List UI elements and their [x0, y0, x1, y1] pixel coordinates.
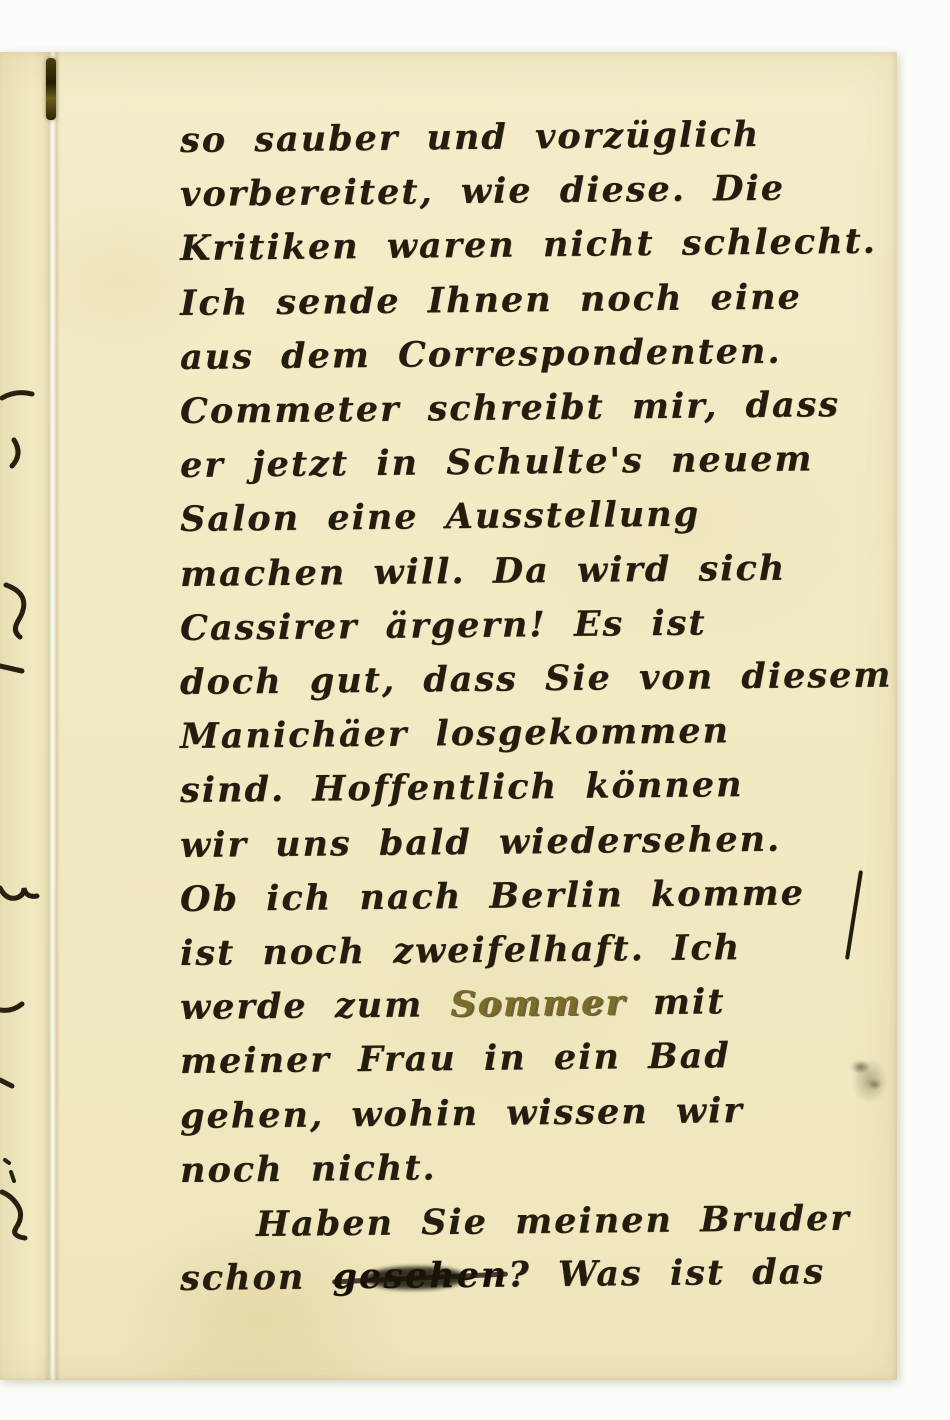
handwritten-line: schon gesehen? Was ist das: [180, 1251, 825, 1299]
handwritten-line: sind. Hoffentlich können: [180, 764, 744, 811]
handwritten-line: meiner Frau in ein Bad: [180, 1036, 731, 1083]
handwritten-line: Ob ich nach Berlin komme: [180, 872, 805, 920]
handwritten-line: Manichäer losgekommen: [180, 710, 730, 757]
handwritten-line: Kritiken waren nicht schlecht.: [180, 221, 877, 269]
letter-text: so sauber und vorzüglichvorbereitet, wie…: [0, 52, 897, 1380]
letter-paper: so sauber und vorzüglichvorbereitet, wie…: [0, 52, 897, 1380]
handwritten-line: Ich sende Ihnen noch eine: [180, 276, 802, 324]
blotted-word: gesehen: [332, 1255, 508, 1298]
scanned-letter-page: so sauber und vorzüglichvorbereitet, wie…: [0, 0, 950, 1420]
handwritten-line: Salon eine Ausstellung: [180, 494, 701, 540]
handwritten-line: machen will. Da wird sich: [180, 547, 787, 594]
handwritten-line: Commeter schreibt mir, dass: [180, 384, 840, 432]
handwritten-line: wir uns bald wiedersehen.: [180, 818, 782, 865]
handwritten-line: vorbereitet, wie diese. Die: [180, 168, 785, 215]
handwritten-line: gehen, wohin wissen wir: [180, 1090, 744, 1137]
handwritten-line: Haben Sie meinen Bruder: [256, 1198, 851, 1245]
handwritten-line: aus dem Correspondenten.: [180, 330, 782, 377]
ink-smudge: [846, 1046, 894, 1116]
handwritten-line: doch gut, dass Sie von diesem: [180, 655, 893, 703]
handwritten-line: so sauber und vorzüglich: [180, 114, 761, 161]
handwritten-line: er jetzt in Schulte's neuem: [180, 439, 814, 487]
faded-word: Sommer: [450, 983, 626, 1026]
handwritten-line: werde zum Sommer mit: [180, 981, 726, 1028]
handwritten-line: noch nicht.: [180, 1147, 437, 1191]
handwritten-line: Cassirer ärgern! Es ist: [180, 602, 707, 649]
handwritten-line: ist noch zweifelhaft. Ich: [180, 927, 742, 974]
